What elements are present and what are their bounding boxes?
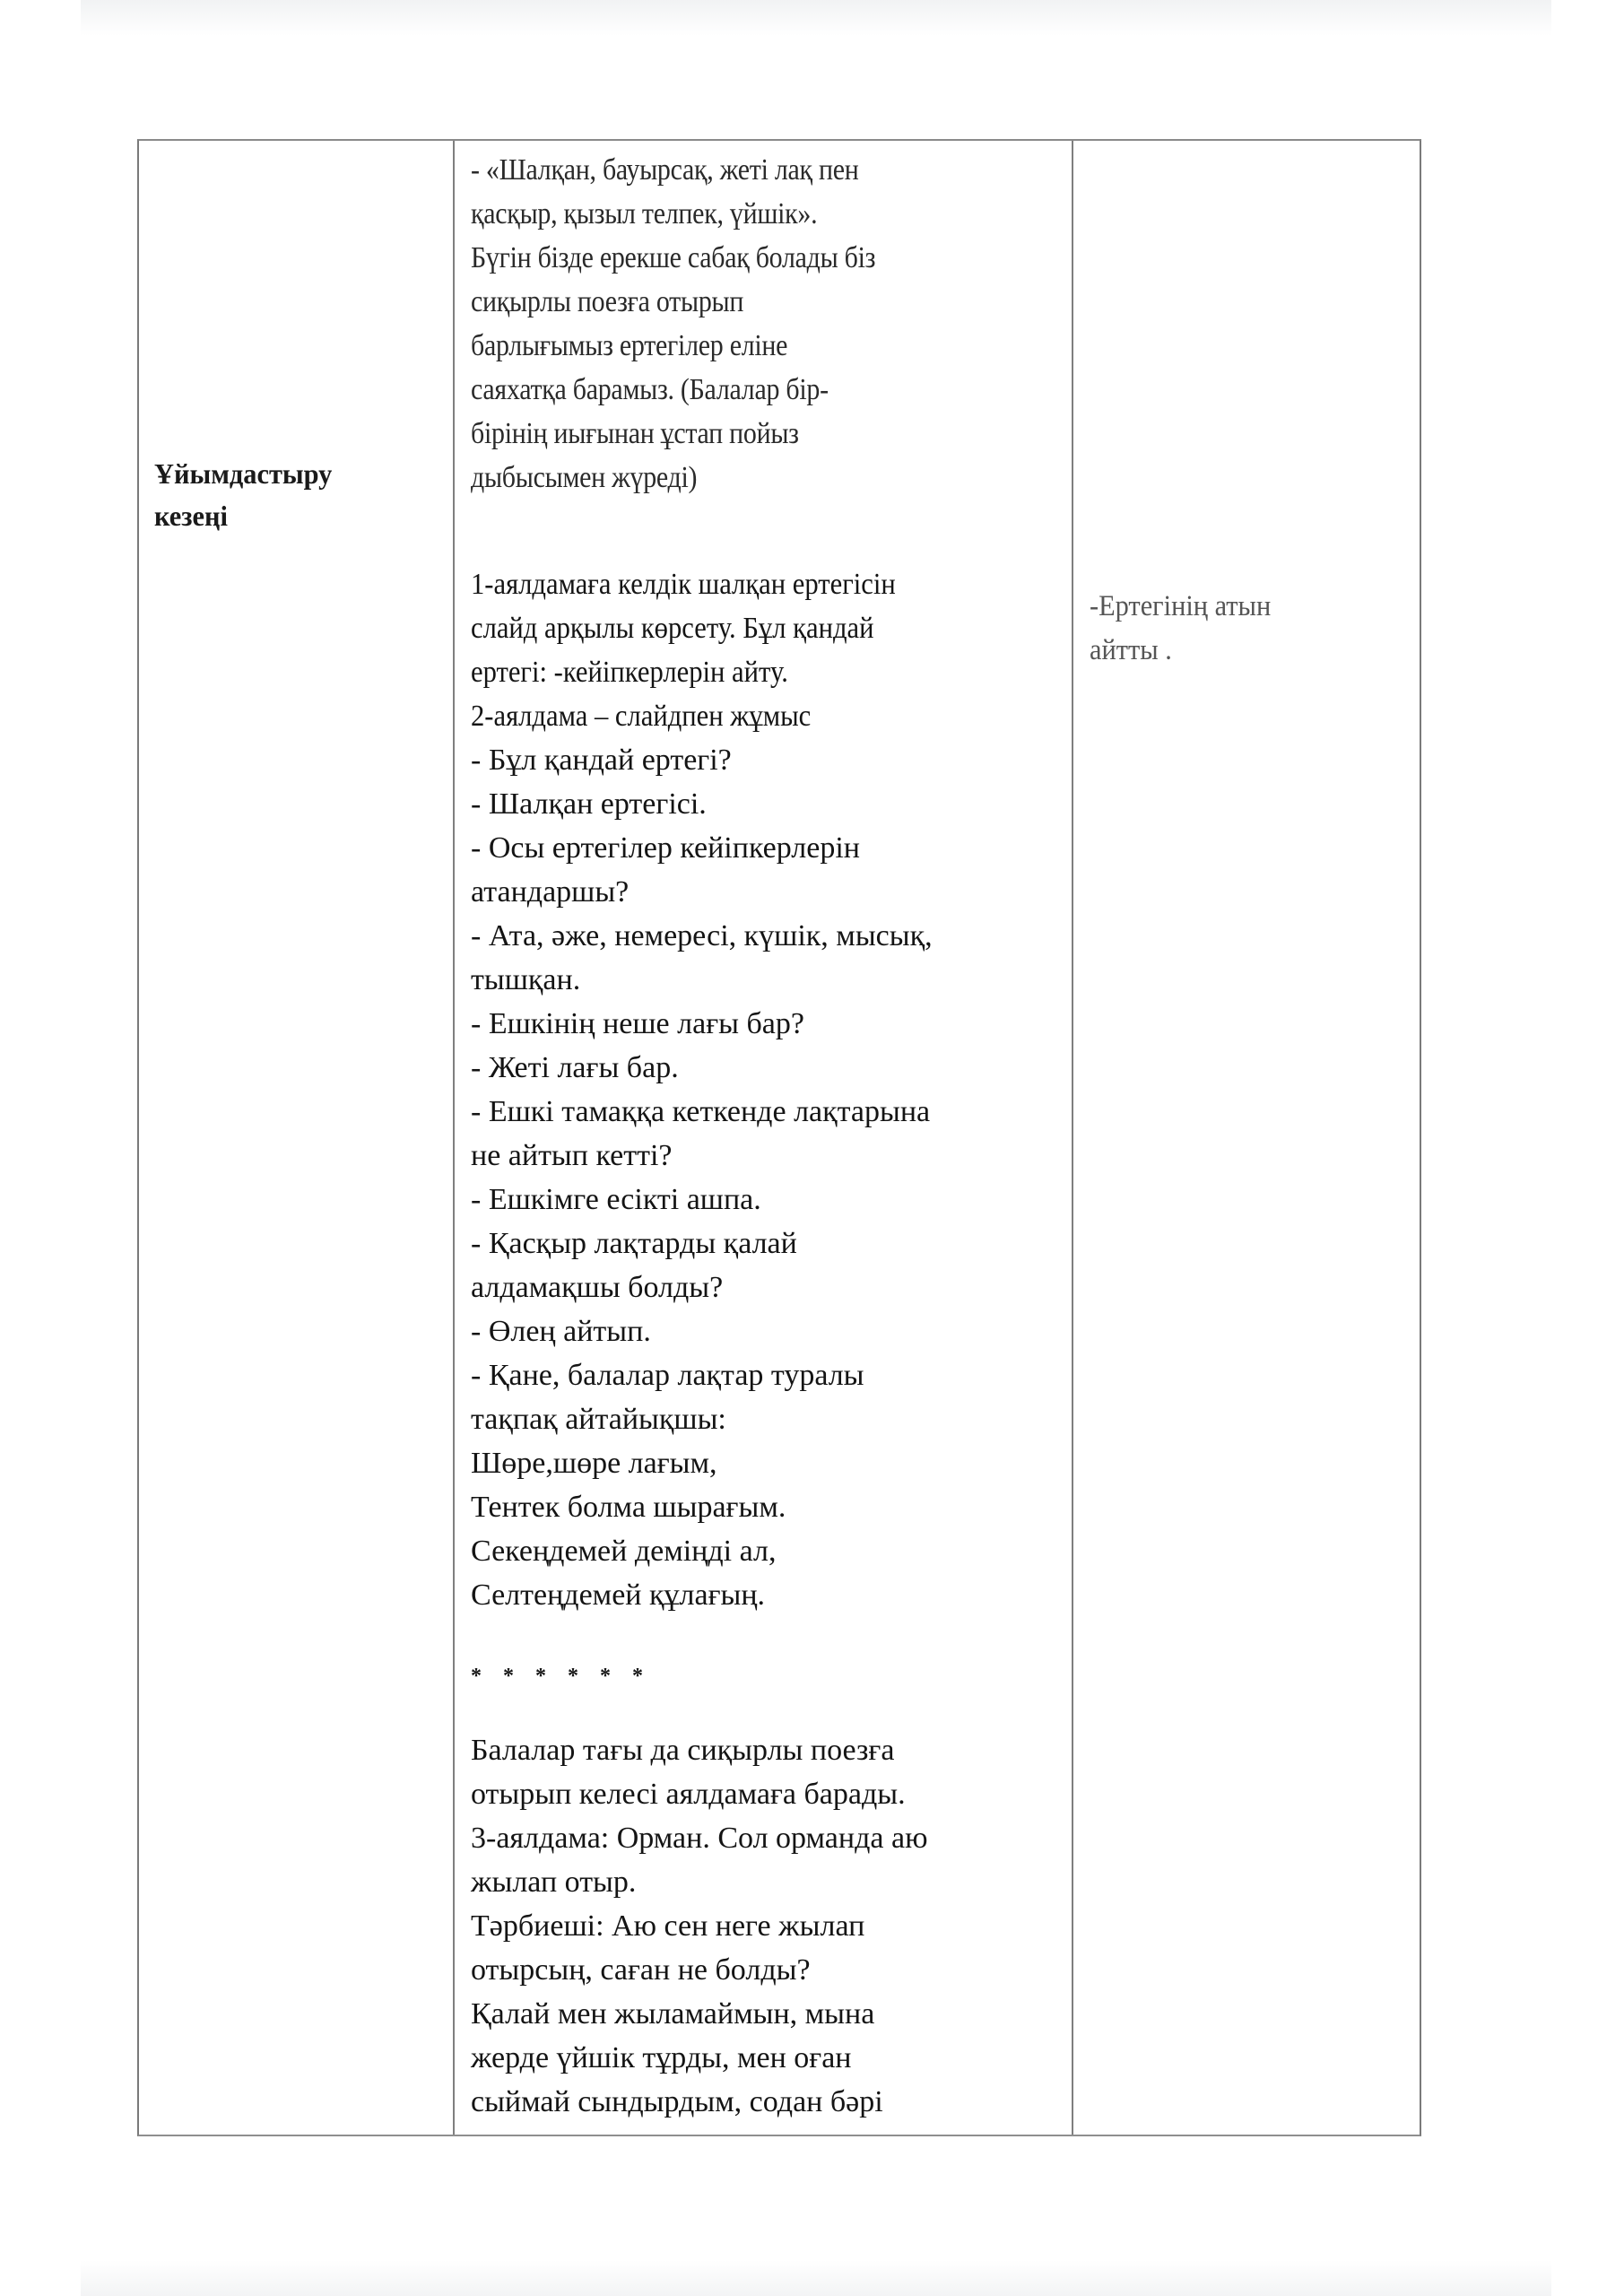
activity-line: - Шалқан ертегісі. [471, 782, 707, 826]
stage-label-cell: Ұйымдастыру кезеңі [154, 453, 427, 537]
activity-line: - Қасқыр лақтарды қалай [471, 1222, 797, 1265]
result-line: айтты . [1090, 629, 1172, 673]
intro-line: - «Шалқан, бауырсақ, жеті лақ пен [471, 148, 859, 192]
stage-label-line: кезеңі [154, 495, 427, 537]
activity-line: 2-аялдама – слайдпен жұмыс [471, 694, 811, 738]
continuation-line: сыймай сындырдым, содан бәрі [471, 2080, 883, 2124]
scan-edge-bottom [81, 2260, 1551, 2296]
poem-line: Тентек болма шырағым. [471, 1485, 786, 1529]
continuation-line: жылап отыр. [471, 1860, 636, 1904]
result-line: -Ертегінің атын [1090, 585, 1271, 629]
activity-line: 1-аялдамаға келдік шалқан ертегісін [471, 562, 896, 606]
continuation-line: Тәрбиеші: Аю сен неге жылап [471, 1904, 864, 1948]
intro-line: сиқырлы поезға отырып [471, 280, 743, 324]
activity-line: - Осы ертегілер кейіпкерлерін [471, 826, 860, 870]
continuation-line: Қалай мен жыламаймын, мына [471, 1992, 874, 2036]
continuation-line: жерде үйшік тұрды, мен оған [471, 2036, 852, 2080]
intro-line: саяхатқа барамыз. (Балалар бір- [471, 368, 829, 412]
continuation-line: отырсың, саған не болды? [471, 1948, 811, 1992]
intro-line: Бүгін бізде ерекше сабақ болады біз [471, 236, 875, 280]
activity-line: не айтып кетті? [471, 1134, 673, 1178]
intro-line: бірінің иығынан ұстап пойыз [471, 412, 799, 456]
section-separator: * * * * * * [471, 1655, 651, 1699]
activity-line: слайд арқылы көрсету. Бұл қандай [471, 606, 873, 650]
activity-line: - Бұл қандай ертегі? [471, 738, 732, 782]
column-divider [1072, 141, 1073, 2135]
column-divider [453, 141, 455, 2135]
intro-line: дыбысымен жүреді) [471, 456, 697, 500]
continuation-line: отырып келесі аялдамаға барады. [471, 1772, 906, 1816]
activity-line: - Ешкінің неше лағы бар? [471, 1002, 804, 1046]
continuation-line: 3-аялдама: Орман. Сол орманда аю [471, 1816, 927, 1860]
activity-line: - Ешкімге есікті ашпа. [471, 1178, 761, 1222]
activity-line: - Жеті лағы бар. [471, 1046, 679, 1090]
activity-line: тақпақ айтайықшы: [471, 1397, 726, 1441]
poem-line: Секеңдемей деміңді ал, [471, 1529, 776, 1573]
continuation-line: Балалар тағы да сиқырлы поезға [471, 1728, 894, 1772]
lesson-plan-table: Ұйымдастыру кезеңі - «Шалқан, бауырсақ, … [137, 139, 1421, 2136]
intro-line: қасқыр, қызыл телпек, үйшік». [471, 192, 817, 236]
activity-line: алдамақшы болды? [471, 1265, 723, 1309]
activity-line: атандаршы? [471, 870, 629, 914]
poem-line: Шөре,шөре лағым, [471, 1441, 717, 1485]
activity-line: - Ешкі тамаққа кеткенде лақтарына [471, 1090, 930, 1134]
activity-line: ертегі: -кейіпкерлерін айту. [471, 650, 788, 694]
activity-line: тышқан. [471, 958, 580, 1002]
scan-edge-top [81, 0, 1551, 36]
activity-line: - Ата, әже, немересі, күшік, мысық, [471, 914, 933, 958]
poem-line: Селтеңдемей құлағың. [471, 1573, 765, 1617]
activity-line: - Өлең айтып. [471, 1309, 651, 1353]
intro-line: барлығымыз ертегілер еліне [471, 324, 787, 368]
activity-line: - Қане, балалар лақтар туралы [471, 1353, 864, 1397]
stage-label-line: Ұйымдастыру [154, 453, 427, 495]
